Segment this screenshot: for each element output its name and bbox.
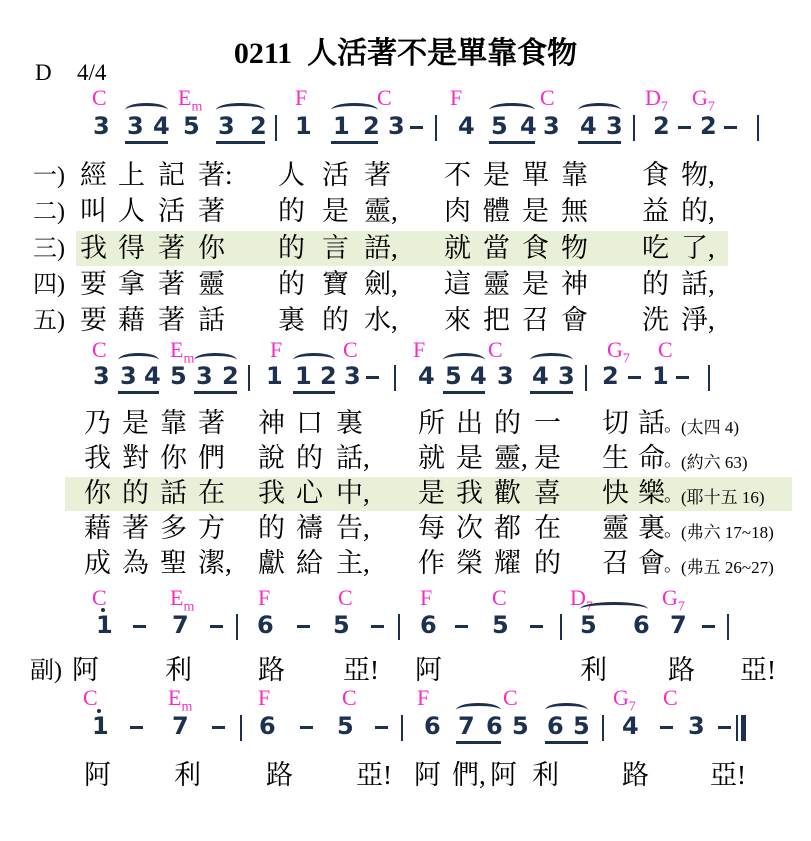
lyric-char: 要 — [80, 271, 107, 298]
lyric-char: 著 — [364, 162, 391, 189]
note-dash — [371, 625, 384, 628]
note-digit: 6 — [424, 714, 441, 738]
note-digit: 4 — [144, 364, 161, 388]
lyric-char: 是 — [534, 445, 561, 472]
lyric-char: 獻 — [258, 550, 285, 577]
lyric-char: 出 — [456, 410, 483, 437]
lyric-char: 方 — [198, 515, 225, 542]
key-signature: D — [35, 60, 52, 86]
barline — [275, 115, 277, 141]
lyric-char: 阿 — [84, 762, 111, 789]
lyric-char: 樂 — [638, 480, 665, 507]
lyric-char: 你 — [160, 445, 187, 472]
lyric-char: 亞! — [356, 762, 392, 789]
lyric-char: 喜 — [534, 480, 561, 507]
note-digit: 2 — [602, 364, 619, 388]
chord-quality: 7 — [623, 351, 630, 366]
lyric-char: 藉 — [118, 307, 145, 334]
scripture-ref: (弗五 26~27) — [681, 559, 774, 576]
lyric-char: 是 — [456, 445, 483, 472]
note-digit: 3 — [558, 364, 575, 388]
barline — [708, 365, 710, 391]
lyric-char: 成 — [84, 550, 111, 577]
lyric-char: 為 — [122, 550, 149, 577]
slur-arc — [530, 353, 573, 367]
lyric-char: 所 — [418, 410, 445, 437]
chord-symbol: C — [540, 87, 555, 109]
lyric-char: 都 — [494, 515, 521, 542]
chord-symbol: F — [258, 687, 270, 709]
lyric-char: 的 — [534, 550, 561, 577]
chord-symbol: G7 — [613, 687, 636, 714]
lyric-char: 來 — [444, 307, 471, 334]
beam-line — [443, 391, 485, 394]
lyric-char: 著 — [122, 515, 149, 542]
note-digit: 1 — [295, 364, 312, 388]
lyric-char: 潔, — [198, 550, 232, 577]
lyric-char: 的 — [122, 480, 149, 507]
lyric-char: 們 — [198, 445, 225, 472]
barline — [727, 614, 729, 640]
note-digit: 6 — [633, 613, 650, 637]
verse-label: 五) — [33, 309, 65, 333]
lyric-char: 會 — [638, 550, 665, 577]
hymn-title: 0211 人活著不是單靠食物 — [0, 28, 811, 72]
chord-symbol: G7 — [692, 87, 715, 114]
note-digit: 4 — [153, 114, 170, 138]
beam-line — [194, 391, 237, 394]
note-digit: 1 — [333, 114, 350, 138]
slur-arc — [194, 353, 237, 367]
chord-symbol: C — [338, 587, 353, 609]
lyric-char: 物 — [561, 235, 588, 262]
lyric-char: 肉 — [444, 198, 471, 225]
slur-arc — [456, 703, 501, 717]
lyric-char: 是 — [522, 271, 549, 298]
slur-arc — [489, 103, 535, 117]
lyric-char: 利 — [580, 657, 607, 684]
note-digit: 1 — [266, 364, 283, 388]
verse-label: 三) — [33, 237, 65, 261]
lyric-char: 活 — [158, 198, 185, 225]
lyric-char: 上 — [118, 162, 145, 189]
note-dash — [724, 126, 737, 129]
octave-dot — [97, 709, 101, 713]
lyric-char: 你 — [198, 235, 225, 262]
note-digit: 5 — [170, 364, 187, 388]
lyric-char: 聖 — [160, 550, 187, 577]
note-dash — [676, 376, 689, 379]
chord-symbol: F — [417, 687, 429, 709]
lyric-char: 叫 — [80, 198, 107, 225]
note-digit: 2 — [250, 114, 267, 138]
lyric-char: 靠 — [561, 162, 588, 189]
lyric-char: 著 — [158, 235, 185, 262]
lyric-char: 這 — [444, 271, 471, 298]
lyric-char: 得 — [118, 235, 145, 262]
lyric-char: 亞! — [740, 657, 776, 684]
note-digit: 5 — [445, 364, 462, 388]
lyric-char: 話, — [336, 445, 370, 472]
lyric-char: 是 — [418, 480, 445, 507]
lyric-char: 當 — [483, 235, 510, 262]
lyric-char: 人 — [278, 162, 305, 189]
note-dash — [455, 625, 468, 628]
lyric-char: 耀 — [494, 550, 521, 577]
barline — [435, 115, 437, 141]
lyric-char: 在 — [198, 480, 225, 507]
chord-symbol: C — [488, 339, 503, 361]
note-digit: 2 — [320, 364, 337, 388]
scripture-ref: (弗六 17~18) — [681, 524, 774, 541]
beam-line — [456, 741, 501, 744]
lyric-char: 靈 — [483, 271, 510, 298]
slur-arc — [331, 103, 378, 117]
lyric-char: 神 — [561, 271, 588, 298]
note-dash — [410, 126, 423, 129]
slur-arc — [545, 703, 588, 717]
lyric-char: 我 — [80, 235, 107, 262]
lyric-char: 口 — [296, 410, 323, 437]
lyric-char: 一 — [534, 410, 561, 437]
verse-label: 一) — [33, 164, 65, 188]
lyric-char: 靈 — [198, 271, 225, 298]
lyric-char: 路 — [668, 657, 695, 684]
lyric-char: 著 — [198, 198, 225, 225]
lyric-char: 的 — [278, 198, 305, 225]
lyric-char: 話, — [681, 271, 715, 298]
barline — [401, 715, 403, 741]
lyric-char: 著 — [198, 410, 225, 437]
lyric-char: 亞! — [343, 657, 379, 684]
beam-line — [331, 141, 378, 144]
lyric-char: 說 — [258, 445, 285, 472]
lyric-char: 的 — [278, 235, 305, 262]
note-dash — [530, 625, 543, 628]
lyric-char: 我 — [84, 445, 111, 472]
note-digit: 3 — [93, 114, 110, 138]
note-digit: 2 — [653, 114, 670, 138]
chord-symbol: C — [343, 339, 358, 361]
lyric-char: 了, — [681, 235, 715, 262]
note-digit: 1 — [92, 714, 109, 738]
lyric-char: 會 — [561, 307, 588, 334]
lyric-char: 的 — [296, 445, 323, 472]
lyric-char: 次 — [456, 515, 483, 542]
lyric-char: 靈, — [494, 445, 528, 472]
lyric-char: 把 — [483, 307, 510, 334]
note-digit: 6 — [547, 714, 564, 738]
note-digit: 4 — [418, 364, 435, 388]
note-dash — [628, 376, 641, 379]
lyric-char: 食 — [642, 162, 669, 189]
lyric-char: 藉 — [84, 515, 111, 542]
lyric-char: 就 — [418, 445, 445, 472]
chord-symbol: F — [413, 339, 425, 361]
beam-line — [216, 141, 265, 144]
lyric-char: 是 — [322, 198, 349, 225]
lyric-char: 心 — [296, 480, 323, 507]
lyric-char: 利 — [532, 762, 559, 789]
chord-symbol: C — [83, 687, 98, 709]
chord-symbol: C — [503, 687, 518, 709]
note-digit: 3 — [688, 714, 705, 738]
note-digit: 2 — [700, 114, 717, 138]
barline — [585, 365, 587, 391]
lyric-char: 的 — [642, 271, 669, 298]
barline — [602, 715, 604, 741]
lyric-char: 主, — [336, 550, 370, 577]
lyric-char: 乃 — [84, 410, 111, 437]
lyric-char: 著 — [158, 307, 185, 334]
note-digit: 3 — [218, 114, 235, 138]
lyric-char: 是 — [522, 198, 549, 225]
note-digit: 5 — [337, 714, 354, 738]
lyric-char: 路 — [622, 762, 649, 789]
lyric-char: 話 — [160, 480, 187, 507]
chord-symbol: C — [92, 587, 107, 609]
lyric-char: 寶 — [322, 271, 349, 298]
barline — [757, 115, 759, 141]
note-digit: 3 — [120, 364, 137, 388]
lyric-char: 吃 — [642, 235, 669, 262]
note-dash — [375, 726, 388, 729]
note-digit: 4 — [520, 114, 537, 138]
lyric-char: 給 — [296, 550, 323, 577]
beam-line — [293, 391, 335, 394]
lyric-char: 洗 — [642, 307, 669, 334]
lyric-char: 阿 — [72, 657, 99, 684]
lyric-char: 單 — [522, 162, 549, 189]
lyric-char: 召 — [522, 307, 549, 334]
lyric-char: 路 — [266, 762, 293, 789]
lyric-char: 是 — [483, 162, 510, 189]
lyric-char: 路 — [258, 657, 285, 684]
lyric-char: 食 — [522, 235, 549, 262]
lyric-char: 言 — [322, 235, 349, 262]
lyric-char: 的, — [681, 198, 715, 225]
lyric-char: 我 — [456, 480, 483, 507]
lyric-char: 亞! — [710, 762, 746, 789]
lyric-period: 。 — [664, 521, 682, 539]
note-dash — [130, 726, 143, 729]
lyric-char: 的 — [278, 271, 305, 298]
slur-arc — [293, 353, 335, 367]
chord-symbol: C — [92, 339, 107, 361]
note-digit: 4 — [470, 364, 487, 388]
note-dash — [660, 726, 673, 729]
note-digit: 3 — [388, 114, 405, 138]
lyric-char: 你 — [84, 480, 111, 507]
lyric-char: 召 — [602, 550, 629, 577]
chord-symbol: C — [342, 687, 357, 709]
barline — [394, 365, 396, 391]
lyric-char: 們, — [452, 762, 486, 789]
lyric-char: 作 — [418, 550, 445, 577]
final-barline-thick — [741, 715, 746, 741]
slur-arc — [118, 353, 159, 367]
lyric-char: 劍, — [364, 271, 398, 298]
note-dash — [366, 376, 379, 379]
note-digit: 3 — [543, 114, 560, 138]
lyric-char: 阿 — [415, 657, 442, 684]
slur-arc — [578, 103, 621, 117]
octave-dot — [101, 608, 105, 612]
chord-symbol: F — [258, 587, 270, 609]
note-digit: 6 — [486, 714, 503, 738]
lyric-char: 不 — [444, 162, 471, 189]
lyric-char: 著: — [198, 162, 233, 189]
note-digit: 5 — [573, 714, 590, 738]
lyric-char: 每 — [418, 515, 445, 542]
note-digit: 3 — [497, 364, 514, 388]
lyric-char: 著 — [158, 271, 185, 298]
note-dash — [297, 625, 310, 628]
lyric-char: 在 — [534, 515, 561, 542]
lyric-period: 。 — [664, 556, 682, 574]
lyric-char: 要 — [80, 307, 107, 334]
lyric-period: 。 — [664, 416, 682, 434]
note-digit: 4 — [532, 364, 549, 388]
barline — [633, 115, 635, 141]
lyric-char: 裏 — [278, 307, 305, 334]
chord-symbol: Em — [178, 87, 202, 114]
lyric-char: 拿 — [118, 271, 145, 298]
lyric-char: 就 — [444, 235, 471, 262]
note-digit: 2 — [363, 114, 380, 138]
barline — [240, 715, 242, 741]
note-digit: 4 — [580, 114, 597, 138]
final-barline-thin — [736, 715, 738, 741]
note-dash — [702, 625, 715, 628]
verse-label: 四) — [33, 273, 65, 297]
beam-line — [578, 141, 621, 144]
lyric-char: 靈, — [364, 198, 398, 225]
slur-arc — [216, 103, 265, 117]
lyric-char: 快 — [602, 480, 629, 507]
lyric-char: 阿 — [414, 762, 441, 789]
chord-symbol: F — [450, 87, 462, 109]
lyric-char: 無 — [561, 198, 588, 225]
barline — [560, 614, 562, 640]
note-digit: 1 — [96, 613, 113, 637]
chord-symbol: C — [92, 87, 107, 109]
note-digit: 2 — [222, 364, 239, 388]
lyric-char: 阿 — [490, 762, 517, 789]
scripture-ref: (約六 63) — [681, 454, 748, 471]
chord-symbol: F — [270, 339, 282, 361]
verse-label: 二) — [33, 200, 65, 224]
lyric-char: 多 — [160, 515, 187, 542]
lyric-char: 裏 — [638, 515, 665, 542]
lyric-char: 人 — [118, 198, 145, 225]
note-digit: 7 — [670, 613, 687, 637]
lyric-char: 益 — [642, 198, 669, 225]
note-digit: 3 — [196, 364, 213, 388]
note-digit: 7 — [172, 714, 189, 738]
note-digit: 5 — [183, 114, 200, 138]
note-digit: 7 — [458, 714, 475, 738]
beam-line — [545, 741, 588, 744]
lyric-char: 體 — [483, 198, 510, 225]
lyric-char: 的 — [258, 515, 285, 542]
chord-symbol: F — [295, 87, 307, 109]
chord-symbol: C — [658, 339, 673, 361]
note-digit: 6 — [420, 613, 437, 637]
note-digit: 1 — [652, 364, 669, 388]
note-dash — [718, 726, 731, 729]
note-digit: 6 — [257, 613, 274, 637]
lyric-char: 話 — [638, 410, 665, 437]
chord-symbol: Em — [168, 687, 192, 714]
time-signature: 4/4 — [77, 60, 106, 86]
chord-symbol: D7 — [645, 87, 668, 114]
lyric-char: 物, — [681, 162, 715, 189]
verse-label: 副) — [30, 659, 62, 683]
lyric-char: 利 — [174, 762, 201, 789]
note-dash — [210, 625, 223, 628]
note-dash — [678, 126, 691, 129]
lyric-char: 活 — [322, 162, 349, 189]
note-digit: 6 — [259, 714, 276, 738]
lyric-char: 利 — [165, 657, 192, 684]
slur-arc — [580, 602, 648, 616]
barline — [248, 365, 250, 391]
lyric-char: 裏 — [336, 410, 363, 437]
note-dash — [300, 726, 313, 729]
hymn-sheet-page: 0211 人活著不是單靠食物 D 4/4 CEmFCFCD7G733453211… — [0, 0, 811, 841]
lyric-char: 記 — [158, 162, 185, 189]
lyric-char: 歡 — [494, 480, 521, 507]
scripture-ref: (太四 4) — [681, 419, 739, 436]
note-digit: 5 — [491, 114, 508, 138]
barline — [236, 614, 238, 640]
beam-line — [118, 391, 159, 394]
note-digit: 3 — [606, 114, 623, 138]
lyric-char: 經 — [80, 162, 107, 189]
lyric-char: 話 — [198, 307, 225, 334]
lyric-char: 語, — [364, 235, 398, 262]
lyric-char: 告, — [336, 515, 370, 542]
barline — [398, 614, 400, 640]
note-digit: 5 — [492, 613, 509, 637]
lyric-char: 命 — [638, 445, 665, 472]
lyric-char: 的 — [494, 410, 521, 437]
lyric-char: 靠 — [160, 410, 187, 437]
note-dash — [133, 625, 146, 628]
note-digit: 3 — [127, 114, 144, 138]
chord-symbol: C — [377, 87, 392, 109]
scripture-ref: (耶十五 16) — [681, 489, 765, 506]
lyric-char: 我 — [258, 480, 285, 507]
lyric-period: 。 — [664, 486, 682, 504]
chord-symbol: C — [492, 587, 507, 609]
lyric-char: 神 — [258, 410, 285, 437]
lyric-char: 水, — [364, 307, 398, 334]
note-digit: 4 — [622, 714, 639, 738]
note-digit: 5 — [512, 714, 529, 738]
note-digit: 5 — [580, 613, 597, 637]
note-digit: 1 — [295, 114, 312, 138]
lyric-char: 靈 — [602, 515, 629, 542]
note-dash — [212, 726, 225, 729]
chord-symbol: F — [420, 587, 432, 609]
note-digit: 3 — [93, 364, 110, 388]
beam-line — [530, 391, 573, 394]
chord-symbol: C — [663, 687, 678, 709]
lyric-period: 。 — [664, 451, 682, 469]
note-digit: 7 — [172, 613, 189, 637]
